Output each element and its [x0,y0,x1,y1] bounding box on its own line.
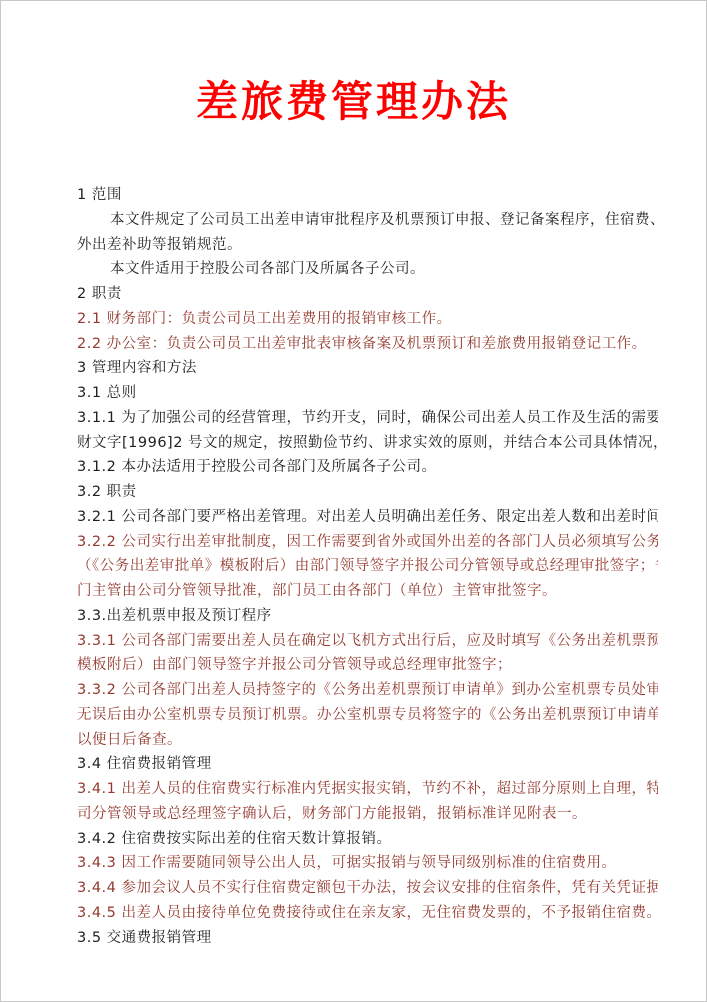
text-line: 3.2 职责 [77,480,658,505]
text-line: 1 范围 [77,183,658,208]
text-line: 2.1 财务部门：负责公司员工出差费用的报销审核工作。 [77,307,658,332]
text-line: 本文件规定了公司员工出差申请审批程序及机票预订申报、登记备案程序，住宿费、交通费… [77,208,658,233]
text-line: 司分管领导或总经理签字确认后，财务部门方能报销，报销标准详见附表一。 [77,802,658,827]
text-line: 3.4.4 参加会议人员不实行住宿费定额包干办法，按会议安排的住宿条件，凭有关凭… [77,876,658,901]
text-line: 3.4.5 出差人员由接待单位免费接待或住在亲友家，无住宿费发票的，不予报销住宿… [77,901,658,926]
text-line: 外出差补助等报销规范。 [77,233,658,258]
text-line: 3.4.2 住宿费按实际出差的住宿天数计算报销。 [77,827,658,852]
text-line: 财文字[1996]2 号文的规定，按照勤俭节约、讲求实效的原则，并结合本公司具体… [77,431,658,456]
text-line: 无误后由办公室机票专员预订机票。办公室机票专员将签字的《公务出差机票预订申请单》… [77,703,658,728]
text-line: 3.2.1 公司各部门要严格出差管理。对出差人员明确出差任务、限定出差人数和出差… [77,505,658,530]
text-line: 以便日后备查。 [77,728,658,753]
document-body: 1 范围本文件规定了公司员工出差申请审批程序及机票预订申报、登记备案程序，住宿费… [1,183,706,950]
text-line: 3.4.3 因工作需要随同领导公出人员，可据实报销与领导同级别标准的住宿费用。 [77,851,658,876]
text-line: 模板附后）由部门领导签字并报公司分管领导或总经理审批签字； [77,653,658,678]
text-line: 3.1.2 本办法适用于控股公司各部门及所属各子公司。 [77,455,658,480]
text-line: 3.4 住宿费报销管理 [77,752,658,777]
text-line: 3.2.2 公司实行出差审批制度，因工作需要到省外或国外出差的各部门人员必须填写… [77,530,658,555]
text-line: 本文件适用于控股公司各部门及所属各子公司。 [77,257,658,282]
text-line: 2 职责 [77,282,658,307]
text-line: 3.3.出差机票申报及预订程序 [77,604,658,629]
document-page: 差旅费管理办法 1 范围本文件规定了公司员工出差申请审批程序及机票预订申报、登记… [0,0,707,1002]
text-line: 3.1 总则 [77,381,658,406]
text-line: 3.4.1 出差人员的住宿费实行标准内凭据实报实销，节约不补，超过部分原则上自理… [77,777,658,802]
text-line: 3.3.1 公司各部门需要出差人员在确定以飞机方式出行后，应及时填写《公务出差机… [77,629,658,654]
text-line: 3 管理内容和方法 [77,356,658,381]
text-line: 2.2 办公室：负责公司员工出差审批表审核备案及机票预订和差旅费用报销登记工作。 [77,332,658,357]
text-line: 3.3.2 公司各部门出差人员持签字的《公务出差机票预订申请单》到办公室机票专员… [77,678,658,703]
document-title: 差旅费管理办法 [1,77,706,127]
text-line: （《公务出差审批单》模板附后）由部门领导签字并报公司分管领导或总经理审批签字；省… [77,554,658,579]
text-line: 3.1.1 为了加强公司的经营管理，节约开支，同时，确保公司出差人员工作及生活的… [77,406,658,431]
text-line: 3.5 交通费报销管理 [77,926,658,951]
text-line: 门主管由公司分管领导批准，部门员工由各部门（单位）主管审批签字。 [77,579,658,604]
